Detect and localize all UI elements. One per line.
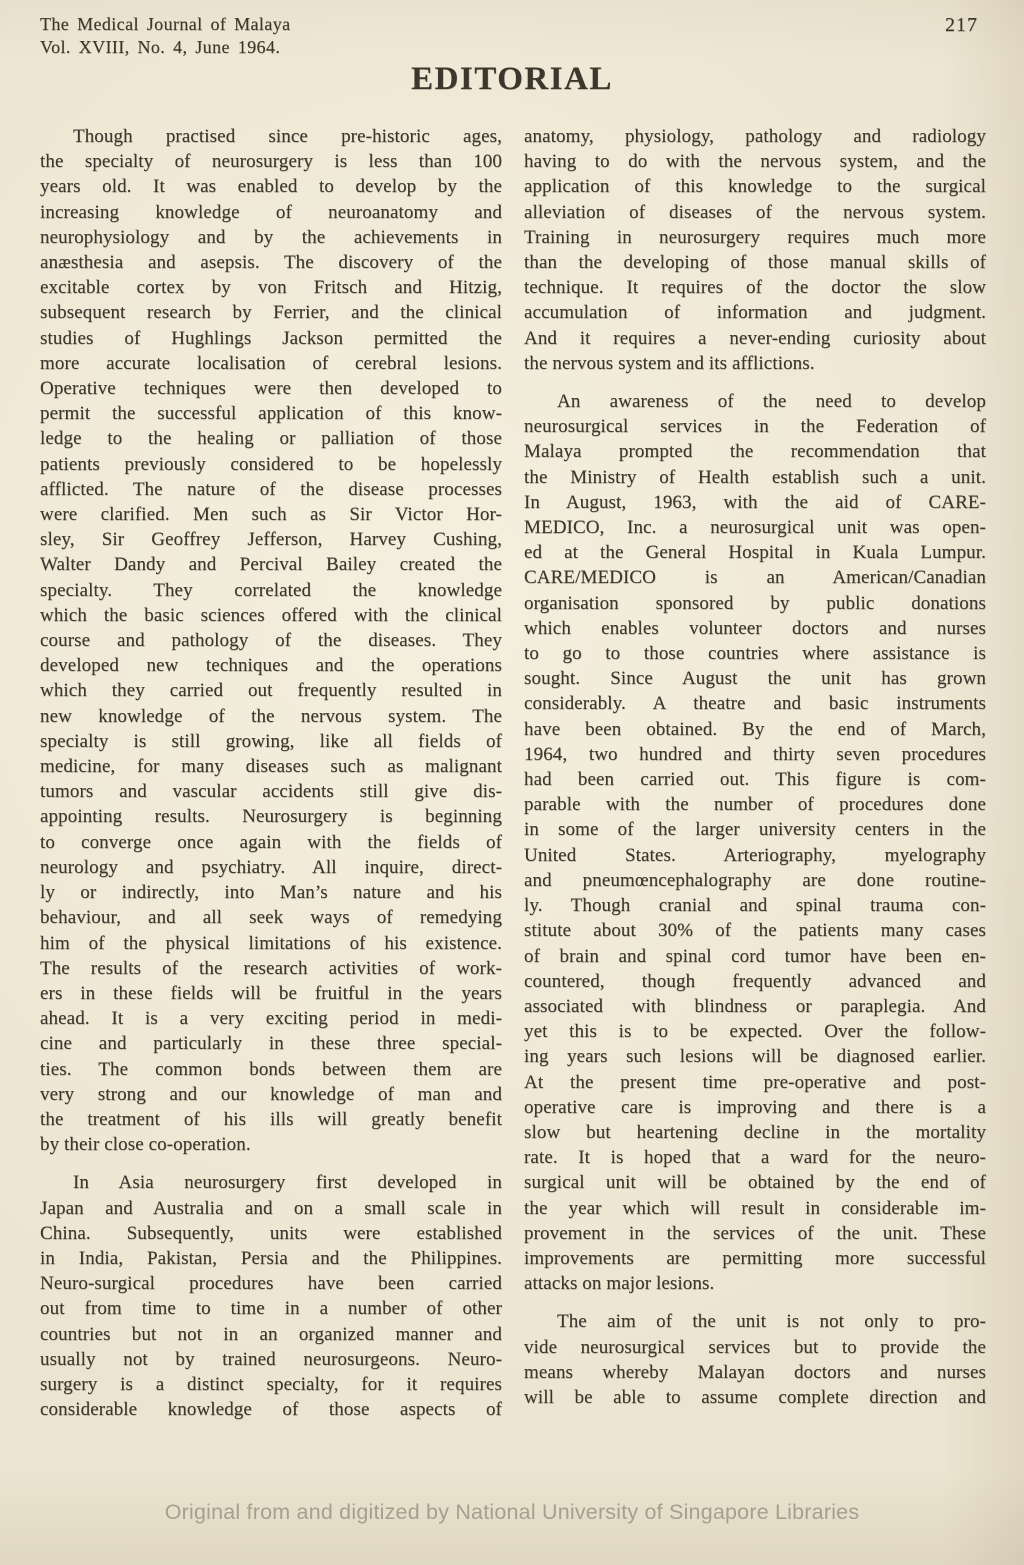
text-line: behaviour, and all seek ways of remedyin… <box>40 905 502 930</box>
text-line: in some of the larger university centers… <box>524 817 986 842</box>
text-line: in India, Pakistan, Persia and the Phili… <box>40 1246 502 1271</box>
text-line: considerably. A theatre and basic instru… <box>524 691 986 716</box>
text-line: parable with the number of procedures do… <box>524 792 986 817</box>
text-line: ers in these fields will be fruitful in … <box>40 981 502 1006</box>
text-line: by their close co-operation. <box>40 1132 502 1157</box>
text-line: Malaya prompted the recommendation that <box>524 439 986 464</box>
text-line: tumors and vascular accidents still give… <box>40 779 502 804</box>
journal-masthead: The Medical Journal of Malaya Vol. XVIII… <box>40 13 291 59</box>
text-line: subsequent research by Ferrier, and the … <box>40 300 502 325</box>
text-line: which they carried out frequently result… <box>40 678 502 703</box>
text-line: stitute about 30% of the patients many c… <box>524 918 986 943</box>
text-line: years old. It was enabled to develop by … <box>40 174 502 199</box>
text-line: out from time to time in a number of oth… <box>40 1296 502 1321</box>
text-line: developed new techniques and the operati… <box>40 653 502 678</box>
paragraph: An awareness of the need to developneuro… <box>524 389 986 1296</box>
text-line: to converge once again with the fields o… <box>40 830 502 855</box>
text-line: organisation sponsored by public donatio… <box>524 591 986 616</box>
text-line: technique. It requires of the doctor the… <box>524 275 986 300</box>
text-line: permit the successful application of thi… <box>40 401 502 426</box>
text-line: afflicted. The nature of the disease pro… <box>40 477 502 502</box>
text-line: specialty. They correlated the knowledge <box>40 578 502 603</box>
text-line: In Asia neurosurgery first developed in <box>40 1170 502 1195</box>
text-line: countries but not in an organized manner… <box>40 1322 502 1347</box>
text-line: ly or indirectly, into Man’s nature and … <box>40 880 502 905</box>
text-line: An awareness of the need to develop <box>524 389 986 414</box>
text-line: means whereby Malayan doctors and nurses <box>524 1360 986 1385</box>
text-line: the treatment of his ills will greatly b… <box>40 1107 502 1132</box>
paragraph: In Asia neurosurgery first developed inJ… <box>40 1170 502 1422</box>
text-line: CARE/MEDICO is an American/Canadian <box>524 565 986 590</box>
text-line: usually not by trained neurosurgeons. Ne… <box>40 1347 502 1372</box>
text-line: cine and particularly in these three spe… <box>40 1031 502 1056</box>
text-line: more accurate localisation of cerebral l… <box>40 351 502 376</box>
article-body: Though practised since pre-historic ages… <box>40 124 986 1422</box>
paragraph: anatomy, physiology, pathology and radio… <box>524 124 986 376</box>
text-line: ing years such lesions will be diagnosed… <box>524 1044 986 1069</box>
text-line: ties. The common bonds between them are <box>40 1057 502 1082</box>
text-line: provement in the services of the unit. T… <box>524 1221 986 1246</box>
text-line: ly. Though cranial and spinal trauma con… <box>524 893 986 918</box>
left-column: Though practised since pre-historic ages… <box>40 124 502 1422</box>
text-line: sought. Since August the unit has grown <box>524 666 986 691</box>
text-line: of brain and spinal cord tumor have been… <box>524 944 986 969</box>
text-line: At the present time pre-operative and po… <box>524 1070 986 1095</box>
text-line: course and pathology of the diseases. Th… <box>40 628 502 653</box>
text-line: neurosurgical services in the Federation… <box>524 414 986 439</box>
journal-page: The Medical Journal of Malaya Vol. XVIII… <box>0 0 1024 1565</box>
text-line: patients previously considered to be hop… <box>40 452 502 477</box>
paragraph: The aim of the unit is not only to pro-v… <box>524 1309 986 1410</box>
text-line: increasing knowledge of neuroanatomy and <box>40 200 502 225</box>
text-line: neurology and psychiatry. All inquire, d… <box>40 855 502 880</box>
text-line: anatomy, physiology, pathology and radio… <box>524 124 986 149</box>
text-line: Operative techniques were then developed… <box>40 376 502 401</box>
text-line: and pneumœncephalography are done routin… <box>524 868 986 893</box>
text-line: new knowledge of the nervous system. The <box>40 704 502 729</box>
text-line: surgical unit will be obtained by the en… <box>524 1170 986 1195</box>
text-line: rate. It is hoped that a ward for the ne… <box>524 1145 986 1170</box>
text-line: which the basic sciences offered with th… <box>40 603 502 628</box>
text-line: improvements are permitting more success… <box>524 1246 986 1271</box>
text-line: 1964, two hundred and thirty seven proce… <box>524 742 986 767</box>
text-line: United States. Arteriography, myelograph… <box>524 843 986 868</box>
text-line: The results of the research activities o… <box>40 956 502 981</box>
text-line: appointing results. Neurosurgery is begi… <box>40 804 502 829</box>
text-line: Training in neurosurgery requires much m… <box>524 225 986 250</box>
text-line: application of this knowledge to the sur… <box>524 174 986 199</box>
text-line: specialty is still growing, like all fie… <box>40 729 502 754</box>
text-line: countered, though frequently advanced an… <box>524 969 986 994</box>
text-line: had been carried out. This figure is com… <box>524 767 986 792</box>
text-line: considerable knowledge of those aspects … <box>40 1397 502 1422</box>
page-title: EDITORIAL <box>0 61 1024 98</box>
text-line: ahead. It is a very exciting period in m… <box>40 1006 502 1031</box>
text-line: Neuro-surgical procedures have been carr… <box>40 1271 502 1296</box>
text-line: ledge to the healing or palliation of th… <box>40 426 502 451</box>
journal-name: The Medical Journal of Malaya <box>40 13 291 36</box>
text-line: In August, 1963, with the aid of CARE- <box>524 490 986 515</box>
text-line: the Ministry of Health establish such a … <box>524 465 986 490</box>
text-line: have been obtained. By the end of March, <box>524 717 986 742</box>
text-line: studies of Hughlings Jackson permitted t… <box>40 326 502 351</box>
text-line: Though practised since pre-historic ages… <box>40 124 502 149</box>
text-line: vide neurosurgical services but to provi… <box>524 1335 986 1360</box>
text-line: anæsthesia and asepsis. The discovery of… <box>40 250 502 275</box>
text-line: him of the physical limitations of his e… <box>40 931 502 956</box>
text-line: associated with blindness or paraplegia.… <box>524 994 986 1019</box>
text-line: accumulation of information and judgment… <box>524 300 986 325</box>
text-line: having to do with the nervous system, an… <box>524 149 986 174</box>
text-line: which enables volunteer doctors and nurs… <box>524 616 986 641</box>
text-line: China. Subsequently, units were establis… <box>40 1221 502 1246</box>
text-line: will be able to assume complete directio… <box>524 1385 986 1410</box>
journal-issue: Vol. XVIII, No. 4, June 1964. <box>40 36 291 59</box>
text-line: surgery is a distinct specialty, for it … <box>40 1372 502 1397</box>
text-line: Japan and Australia and on a small scale… <box>40 1196 502 1221</box>
text-line: And it requires a never-ending curiosity… <box>524 326 986 351</box>
page-number: 217 <box>945 14 978 37</box>
text-line: medicine, for many diseases such as mali… <box>40 754 502 779</box>
text-line: to go to those countries where assistanc… <box>524 641 986 666</box>
text-line: yet this is to be expected. Over the fol… <box>524 1019 986 1044</box>
text-line: MEDICO, Inc. a neurosurgical unit was op… <box>524 515 986 540</box>
text-line: were clarified. Men such as Sir Victor H… <box>40 502 502 527</box>
text-line: operative care is improving and there is… <box>524 1095 986 1120</box>
right-column: anatomy, physiology, pathology and radio… <box>524 124 986 1422</box>
text-line: excitable cortex by von Fritsch and Hitz… <box>40 275 502 300</box>
text-line: ed at the General Hospital in Kuala Lump… <box>524 540 986 565</box>
text-line: attacks on major lesions. <box>524 1271 986 1296</box>
text-line: the nervous system and its afflictions. <box>524 351 986 376</box>
text-line: the year which will result in considerab… <box>524 1196 986 1221</box>
text-line: than the developing of those manual skil… <box>524 250 986 275</box>
text-line: sley, Sir Geoffrey Jefferson, Harvey Cus… <box>40 527 502 552</box>
text-line: slow but heartening decline in the morta… <box>524 1120 986 1145</box>
text-line: alleviation of diseases of the nervous s… <box>524 200 986 225</box>
digitization-credit: Original from and digitized by National … <box>0 1500 1024 1525</box>
text-line: The aim of the unit is not only to pro- <box>524 1309 986 1334</box>
text-line: the specialty of neurosurgery is less th… <box>40 149 502 174</box>
paragraph: Though practised since pre-historic ages… <box>40 124 502 1157</box>
text-line: Walter Dandy and Percival Bailey created… <box>40 552 502 577</box>
text-line: neurophysiology and by the achievements … <box>40 225 502 250</box>
text-line: very strong and our knowledge of man and <box>40 1082 502 1107</box>
